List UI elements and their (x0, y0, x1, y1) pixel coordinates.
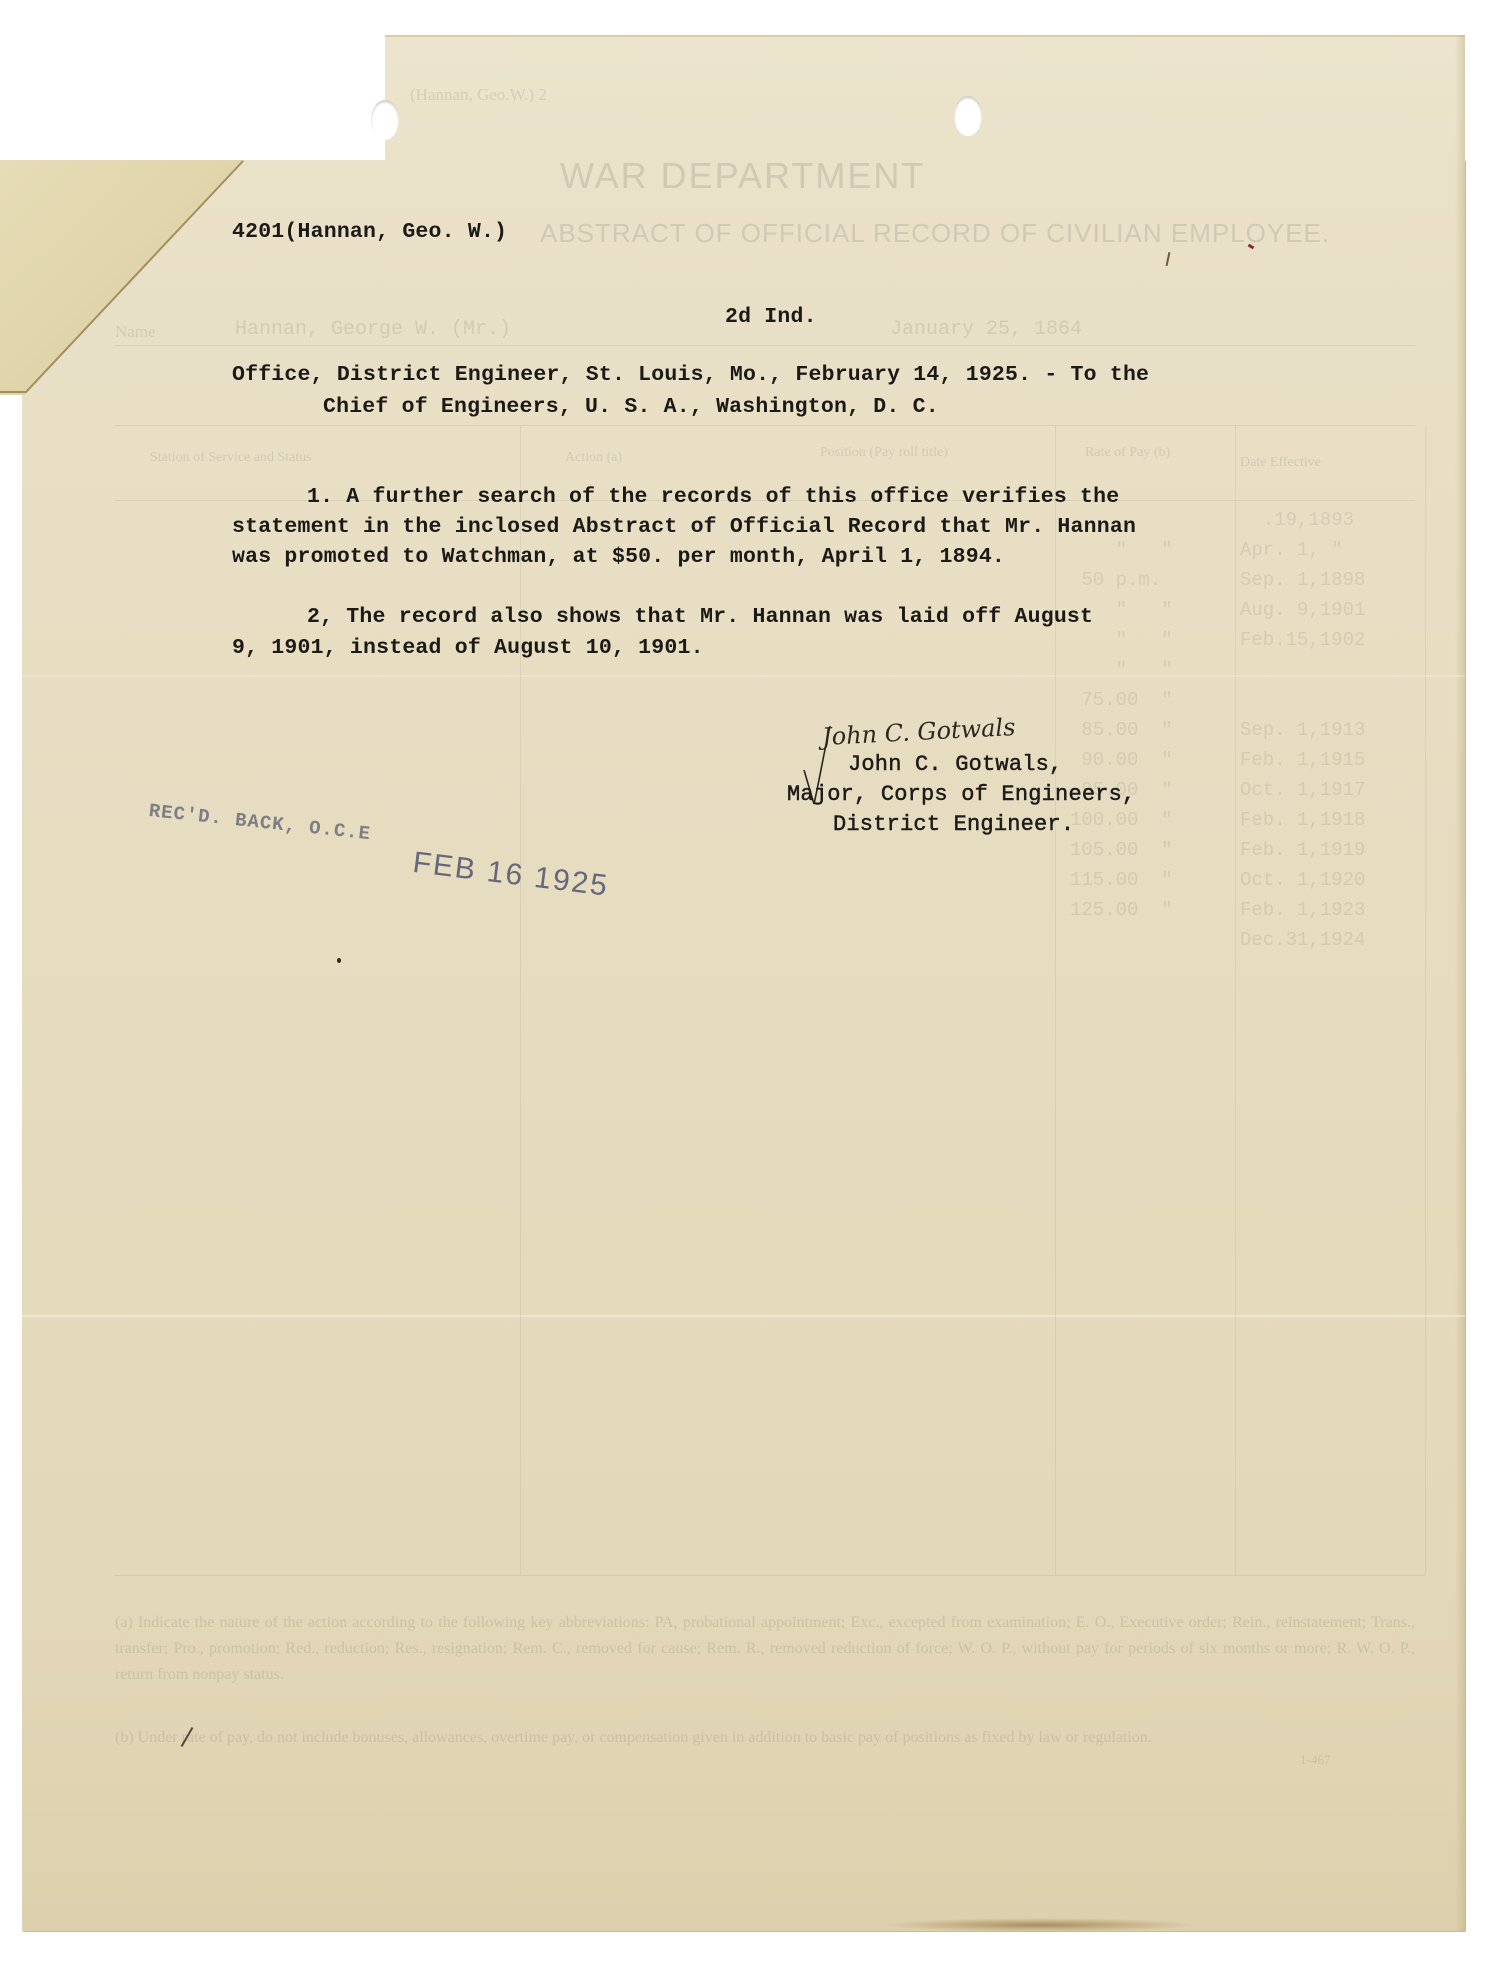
paper-right-edge (1455, 35, 1465, 1931)
ghost-date-column: .19,1893 Apr. 1, " Sep. 1,1898 Aug. 9,19… (1240, 505, 1365, 955)
ghost-rate-column: " " 50 p.m. " " " " " " 75.00 " 85.00 " … (1070, 535, 1173, 925)
ghost-date-value: January 25, 1864 (890, 318, 1082, 341)
ghost-column-line (520, 425, 521, 1575)
paragraph-2-line-1: 2, The record also shows that Mr. Hannan… (307, 605, 1093, 629)
ghost-col-header-action: Action (a) (565, 450, 622, 466)
ghost-col-header-date: Date Effective (1240, 455, 1321, 471)
fold-crease (22, 1315, 1465, 1317)
ink-dot (337, 958, 341, 963)
ghost-footnote-b: (b) Under rate of pay, do not include bo… (115, 1725, 1415, 1751)
ghost-rule (115, 345, 1415, 346)
heading-line-1: Office, District Engineer, St. Louis, Mo… (232, 363, 1149, 387)
ghost-name-value: Hannan, George W. (Mr.) (235, 318, 511, 341)
ghost-form-code: 1-467 (1300, 1752, 1330, 1768)
ghost-form-ref: (Hannan, Geo.W.) 2 (410, 85, 547, 105)
ghost-col-header-position: Position (Pay roll title) (820, 445, 948, 461)
ghost-rule (115, 1575, 1425, 1576)
file-reference: 4201(Hannan, Geo. W.) (232, 220, 507, 244)
ghost-column-line (1235, 425, 1236, 1575)
paper-sheet-top (385, 35, 1465, 167)
signer-title: District Engineer. (833, 812, 1074, 837)
ghost-column-line (1425, 425, 1426, 1575)
ghost-subtitle: ABSTRACT OF OFFICIAL RECORD OF CIVILIAN … (540, 218, 1330, 249)
signer-name: John C. Gotwals, (848, 752, 1062, 777)
paragraph-2-line-2: 9, 1901, instead of August 10, 1901. (232, 636, 704, 660)
paragraph-1-line-1: 1. A further search of the records of th… (307, 485, 1119, 509)
signer-rank: Major, Corps of Engineers, (787, 782, 1135, 807)
punch-hole-right (954, 96, 982, 136)
ghost-title: WAR DEPARTMENT (560, 155, 925, 197)
ghost-name-label: Name (115, 322, 156, 342)
paper-stain (880, 1918, 1200, 1932)
ghost-col-header-rate: Rate of Pay (b) (1085, 445, 1170, 461)
punch-hole-left (371, 100, 399, 140)
heading-line-2: Chief of Engineers, U. S. A., Washington… (323, 395, 939, 419)
ghost-footnote-a: (a) Indicate the nature of the action ac… (115, 1610, 1415, 1688)
ghost-col-header-station: Station of Service and Status (150, 450, 312, 466)
indorsement-number: 2d Ind. (725, 305, 817, 329)
flap-edge-line (0, 160, 245, 395)
ghost-column-line (1055, 425, 1056, 1575)
paragraph-1-line-3: was promoted to Watchman, at $50. per mo… (232, 545, 1005, 569)
paragraph-1-line-2: statement in the inclosed Abstract of Of… (232, 515, 1136, 539)
ghost-rule (115, 425, 1415, 426)
